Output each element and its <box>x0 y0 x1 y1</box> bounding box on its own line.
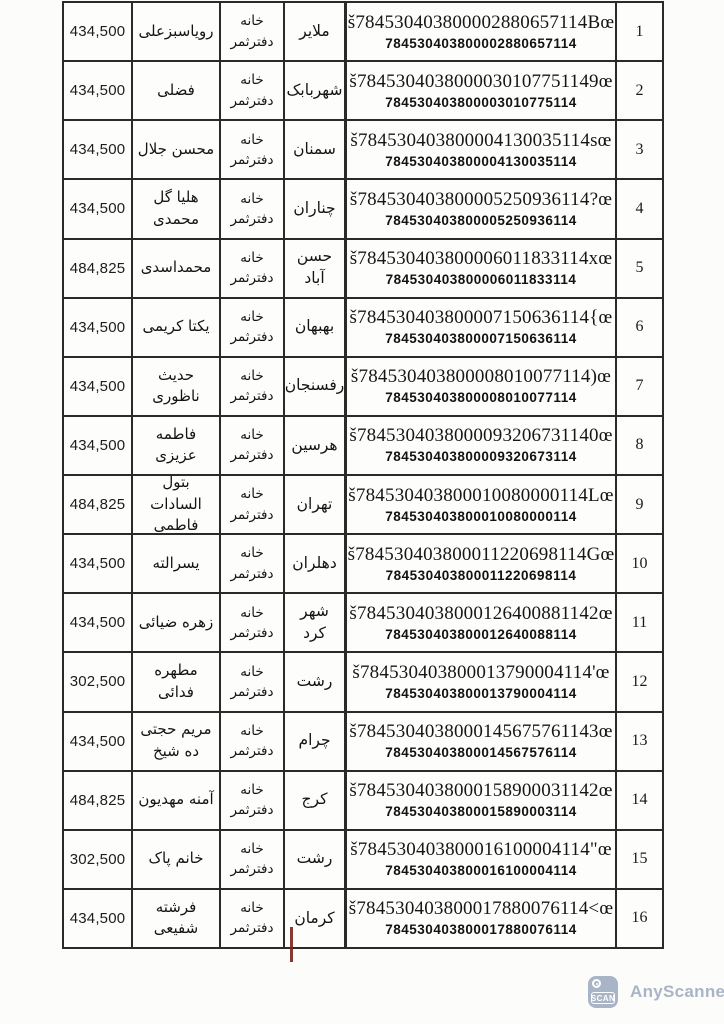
barcode-cell: š784530403800011220698114Gœ 784530403800… <box>347 535 617 592</box>
barcode-number: 784530403800015890003114 <box>385 804 576 819</box>
barcode-cell: š7845304038000126400881142œ 784530403800… <box>347 594 617 651</box>
row-number: 2 <box>636 82 644 100</box>
table-row: 434,500 هلیا گل محمدی خانه دفترثمر چنارا… <box>64 180 662 239</box>
name-cell: فضلی <box>133 62 221 119</box>
city-cell: سمنان <box>285 121 347 178</box>
barcode-cell: š784530403800002880657114Bœ 784530403800… <box>347 3 617 60</box>
person-name: یکتا کریمی <box>142 316 209 338</box>
amount-value: 484,825 <box>70 260 126 277</box>
name-cell: محمداسدی <box>133 240 221 297</box>
amount-value: 484,825 <box>70 792 126 809</box>
name-cell: مریم حجتی ده شیخ <box>133 713 221 770</box>
office-cell: خانه دفترثمر <box>221 476 285 533</box>
table-row: 434,500 مریم حجتی ده شیخ خانه دفترثمر چر… <box>64 713 662 772</box>
office-cell: خانه دفترثمر <box>221 535 285 592</box>
city-cell: دهلران <box>285 535 347 592</box>
barcode-number: 784530403800009320673114 <box>385 449 576 464</box>
office-name: خانه دفترثمر <box>224 248 280 289</box>
barcode-number: 784530403800003010775114 <box>385 95 576 110</box>
office-name: خانه دفترثمر <box>224 189 280 230</box>
row-number-cell: 10 <box>617 535 662 592</box>
barcode-cell: š784530403800004130035114sœ 784530403800… <box>347 121 617 178</box>
barcode-encoded-text: š784530403800011220698114Gœ <box>348 545 615 566</box>
office-cell: خانه دفترثمر <box>221 831 285 888</box>
barcode-encoded-text: š784530403800007150636114{œ <box>350 308 613 329</box>
city-name: کرمان <box>294 908 334 930</box>
person-name: زهره ضیائی <box>139 612 214 634</box>
barcode-encoded-text: š7845304038000145675761143œ <box>349 722 612 743</box>
city-name: دهلران <box>292 553 336 575</box>
barcode-cell: š784530403800010080000114Lœ 784530403800… <box>347 476 617 533</box>
person-name: یسرالته <box>152 553 199 575</box>
row-number-cell: 6 <box>617 299 662 356</box>
office-name: خانه دفترثمر <box>224 425 280 466</box>
barcode-number: 784530403800004130035114 <box>385 154 576 169</box>
row-number: 11 <box>632 614 647 632</box>
barcode-cell: š784530403800008010077114)œ 784530403800… <box>347 358 617 415</box>
name-cell: خانم پاک <box>133 831 221 888</box>
row-number: 14 <box>632 791 648 809</box>
row-number-cell: 5 <box>617 240 662 297</box>
row-number-cell: 16 <box>617 890 662 947</box>
person-name: فرشته شفیعی <box>136 897 216 941</box>
amount-cell: 302,500 <box>64 831 133 888</box>
amount-value: 434,500 <box>70 614 126 631</box>
row-number: 5 <box>636 259 644 277</box>
barcode-cell: š7845304038000030107751149œ 784530403800… <box>347 62 617 119</box>
amount-cell: 434,500 <box>64 299 133 356</box>
barcode-cell: š784530403800017880076114<œ 784530403800… <box>347 890 617 947</box>
name-cell: فرشته شفیعی <box>133 890 221 947</box>
amount-value: 434,500 <box>70 378 126 395</box>
red-pen-mark <box>290 927 293 962</box>
row-number-cell: 14 <box>617 772 662 829</box>
name-cell: هلیا گل محمدی <box>133 180 221 237</box>
barcode-encoded-text: š784530403800005250936114?œ <box>350 190 612 211</box>
amount-cell: 434,500 <box>64 890 133 947</box>
person-name: آمنه مهدیون <box>138 789 213 811</box>
office-name: خانه دفترثمر <box>224 307 280 348</box>
row-number: 12 <box>632 673 648 691</box>
office-cell: خانه دفترثمر <box>221 358 285 415</box>
table-row: 484,825 محمداسدی خانه دفترثمر حسن آباد š… <box>64 240 662 299</box>
table-row: 434,500 یسرالته خانه دفترثمر دهلران š784… <box>64 535 662 594</box>
person-name: مطهره فدائی <box>136 660 216 704</box>
barcode-encoded-text: š784530403800013790004114'œ <box>352 663 609 684</box>
barcode-cell: š7845304038000093206731140œ 784530403800… <box>347 417 617 474</box>
barcode-encoded-text: š784530403800016100004114"œ <box>350 840 612 861</box>
amount-cell: 434,500 <box>64 358 133 415</box>
office-name: خانه دفترثمر <box>224 839 280 880</box>
amount-cell: 434,500 <box>64 121 133 178</box>
office-name: خانه دفترثمر <box>224 898 280 939</box>
office-name: خانه دفترثمر <box>224 366 280 407</box>
amount-cell: 484,825 <box>64 240 133 297</box>
scan-badge-label: SCAN <box>591 992 615 1004</box>
anyscanner-app-name: AnyScanner <box>630 982 724 1002</box>
row-number: 4 <box>636 200 644 218</box>
table-row: 434,500 فرشته شفیعی خانه دفترثمر کرمان š… <box>64 890 662 947</box>
amount-cell: 434,500 <box>64 3 133 60</box>
city-cell: هرسین <box>285 417 347 474</box>
barcode-number: 784530403800014567576114 <box>385 745 576 760</box>
city-name: حسن آباد <box>288 246 341 289</box>
person-name: فاطمه عزیزی <box>136 424 216 468</box>
barcode-number: 784530403800002880657114 <box>385 36 576 51</box>
office-cell: خانه دفترثمر <box>221 180 285 237</box>
camera-lens-icon <box>592 979 601 988</box>
barcode-number: 784530403800012640088114 <box>385 627 576 642</box>
city-cell: رشت <box>285 653 347 710</box>
person-name: مریم حجتی ده شیخ <box>136 719 216 763</box>
person-name: حدیث ناظوری <box>136 365 216 409</box>
barcode-encoded-text: š784530403800010080000114Lœ <box>348 486 613 507</box>
city-cell: رفسنجان <box>285 358 347 415</box>
office-cell: خانه دفترثمر <box>221 240 285 297</box>
office-name: خانه دفترثمر <box>224 130 280 171</box>
barcode-encoded-text: š784530403800006011833114xœ <box>350 249 613 270</box>
amount-value: 434,500 <box>70 141 126 158</box>
anyscanner-logo-icon: SCAN <box>588 976 618 1008</box>
city-name: چرام <box>298 730 330 752</box>
row-number-cell: 9 <box>617 476 662 533</box>
barcode-cell: š7845304038000158900031142œ 784530403800… <box>347 772 617 829</box>
table-row: 434,500 حدیث ناظوری خانه دفترثمر رفسنجان… <box>64 358 662 417</box>
office-cell: خانه دفترثمر <box>221 417 285 474</box>
person-name: فضلی <box>157 80 195 102</box>
row-number-cell: 7 <box>617 358 662 415</box>
amount-cell: 484,825 <box>64 772 133 829</box>
table-row: 434,500 فاطمه عزیزی خانه دفترثمر هرسین š… <box>64 417 662 476</box>
person-name: محمداسدی <box>141 257 212 279</box>
office-cell: خانه دفترثمر <box>221 62 285 119</box>
amount-value: 434,500 <box>70 910 126 927</box>
table-row: 434,500 زهره ضیائی خانه دفترثمر شهر کرد … <box>64 594 662 653</box>
city-name: چناران <box>293 198 335 220</box>
office-name: خانه دفترثمر <box>224 70 280 111</box>
amount-value: 434,500 <box>70 82 126 99</box>
row-number: 3 <box>636 141 644 159</box>
city-name: سمنان <box>293 139 336 161</box>
city-cell: شهر کرد <box>285 594 347 651</box>
barcode-encoded-text: š7845304038000030107751149œ <box>349 72 612 93</box>
office-cell: خانه دفترثمر <box>221 299 285 356</box>
amount-cell: 434,500 <box>64 535 133 592</box>
row-number: 15 <box>632 850 648 868</box>
amount-value: 434,500 <box>70 437 126 454</box>
barcode-encoded-text: š7845304038000158900031142œ <box>349 781 612 802</box>
barcode-number: 784530403800008010077114 <box>385 390 576 405</box>
city-name: رشت <box>297 671 333 693</box>
barcode-number: 784530403800010080000114 <box>385 509 576 524</box>
barcode-encoded-text: š784530403800004130035114sœ <box>350 131 611 152</box>
city-name: شهربابک <box>287 80 343 102</box>
city-cell: چناران <box>285 180 347 237</box>
name-cell: محسن جلال <box>133 121 221 178</box>
barcode-cell: š7845304038000145675761143œ 784530403800… <box>347 713 617 770</box>
name-cell: زهره ضیائی <box>133 594 221 651</box>
city-cell: کرج <box>285 772 347 829</box>
barcode-encoded-text: š784530403800002880657114Bœ <box>348 13 614 34</box>
name-cell: رویاسبزعلی <box>133 3 221 60</box>
city-cell: ملایر <box>285 3 347 60</box>
barcode-number: 784530403800016100004114 <box>385 863 576 878</box>
row-number-cell: 13 <box>617 713 662 770</box>
city-cell: بهبهان <box>285 299 347 356</box>
row-number-cell: 12 <box>617 653 662 710</box>
office-name: خانه دفترثمر <box>224 543 280 584</box>
person-name: رویاسبزعلی <box>138 21 213 43</box>
city-name: ملایر <box>299 21 329 43</box>
city-cell: کرمان <box>285 890 347 947</box>
barcode-encoded-text: š7845304038000093206731140œ <box>349 426 612 447</box>
amount-value: 302,500 <box>70 673 126 690</box>
city-cell: تهران <box>285 476 347 533</box>
barcode-cell: š784530403800007150636114{œ 784530403800… <box>347 299 617 356</box>
row-number: 10 <box>632 555 648 573</box>
barcode-cell: š784530403800013790004114'œ 784530403800… <box>347 653 617 710</box>
city-cell: چرام <box>285 713 347 770</box>
office-cell: خانه دفترثمر <box>221 713 285 770</box>
table-row: 484,825 آمنه مهدیون خانه دفترثمر کرج š78… <box>64 772 662 831</box>
office-cell: خانه دفترثمر <box>221 653 285 710</box>
office-name: خانه دفترثمر <box>224 721 280 762</box>
barcode-number: 784530403800011220698114 <box>386 568 577 583</box>
office-cell: خانه دفترثمر <box>221 890 285 947</box>
office-cell: خانه دفترثمر <box>221 121 285 178</box>
row-number: 16 <box>632 909 648 927</box>
scanned-document-page: 434,500 رویاسبزعلی خانه دفترثمر ملایر š7… <box>0 0 724 1024</box>
person-name: خانم پاک <box>149 848 204 870</box>
row-number-cell: 2 <box>617 62 662 119</box>
amount-cell: 302,500 <box>64 653 133 710</box>
city-name: تهران <box>297 494 333 516</box>
name-cell: حدیث ناظوری <box>133 358 221 415</box>
name-cell: مطهره فدائی <box>133 653 221 710</box>
row-number-cell: 3 <box>617 121 662 178</box>
office-name: خانه دفترثمر <box>224 484 280 525</box>
table-row: 434,500 محسن جلال خانه دفترثمر سمنان š78… <box>64 121 662 180</box>
office-name: خانه دفترثمر <box>224 11 280 52</box>
anyscanner-watermark: SCAN AnyScanner <box>588 976 724 1008</box>
row-number-cell: 8 <box>617 417 662 474</box>
city-name: هرسین <box>291 435 337 457</box>
city-cell: رشت <box>285 831 347 888</box>
amount-cell: 434,500 <box>64 713 133 770</box>
barcode-number: 784530403800013790004114 <box>385 686 576 701</box>
city-name: شهر کرد <box>288 601 341 644</box>
person-name: محسن جلال <box>138 139 214 161</box>
row-number: 13 <box>632 732 648 750</box>
row-number: 7 <box>636 377 644 395</box>
barcode-number: 784530403800005250936114 <box>385 213 576 228</box>
name-cell: بتول السادات فاطمی <box>133 476 221 533</box>
row-number: 8 <box>636 436 644 454</box>
city-cell: شهربابک <box>285 62 347 119</box>
name-cell: فاطمه عزیزی <box>133 417 221 474</box>
table-row: 434,500 فضلی خانه دفترثمر شهربابک š78453… <box>64 62 662 121</box>
city-name: کرج <box>302 789 328 811</box>
barcode-cell: š784530403800006011833114xœ 784530403800… <box>347 240 617 297</box>
row-number-cell: 4 <box>617 180 662 237</box>
amount-value: 434,500 <box>70 555 126 572</box>
row-number-cell: 11 <box>617 594 662 651</box>
amount-cell: 434,500 <box>64 62 133 119</box>
table-row: 434,500 یکتا کریمی خانه دفترثمر بهبهان š… <box>64 299 662 358</box>
table-row: 302,500 خانم پاک خانه دفترثمر رشت š78453… <box>64 831 662 890</box>
amount-cell: 434,500 <box>64 180 133 237</box>
amount-value: 434,500 <box>70 23 126 40</box>
office-cell: خانه دفترثمر <box>221 772 285 829</box>
table-row: 434,500 رویاسبزعلی خانه دفترثمر ملایر š7… <box>64 3 662 62</box>
table-row: 302,500 مطهره فدائی خانه دفترثمر رشت š78… <box>64 653 662 712</box>
barcode-encoded-text: š784530403800017880076114<œ <box>349 899 614 920</box>
amount-value: 484,825 <box>70 496 126 513</box>
amount-value: 434,500 <box>70 200 126 217</box>
amount-value: 302,500 <box>70 851 126 868</box>
office-cell: خانه دفترثمر <box>221 3 285 60</box>
row-number: 6 <box>636 318 644 336</box>
person-name: بتول السادات فاطمی <box>136 476 216 533</box>
table-row: 484,825 بتول السادات فاطمی خانه دفترثمر … <box>64 476 662 535</box>
barcode-encoded-text: š784530403800008010077114)œ <box>351 367 611 388</box>
office-cell: خانه دفترثمر <box>221 594 285 651</box>
row-number-cell: 15 <box>617 831 662 888</box>
barcode-cell: š784530403800016100004114"œ 784530403800… <box>347 831 617 888</box>
name-cell: آمنه مهدیون <box>133 772 221 829</box>
barcode-cell: š784530403800005250936114?œ 784530403800… <box>347 180 617 237</box>
barcode-number: 784530403800006011833114 <box>386 272 577 287</box>
amount-cell: 434,500 <box>64 594 133 651</box>
office-name: خانه دفترثمر <box>224 780 280 821</box>
amount-cell: 484,825 <box>64 476 133 533</box>
amount-value: 434,500 <box>70 319 126 336</box>
row-number: 9 <box>636 496 644 514</box>
name-cell: یکتا کریمی <box>133 299 221 356</box>
person-name: هلیا گل محمدی <box>136 187 216 231</box>
city-name: رفسنجان <box>285 375 344 397</box>
amount-value: 434,500 <box>70 733 126 750</box>
office-name: خانه دفترثمر <box>224 603 280 644</box>
city-cell: حسن آباد <box>285 240 347 297</box>
payment-table: 434,500 رویاسبزعلی خانه دفترثمر ملایر š7… <box>62 1 664 949</box>
row-number: 1 <box>636 23 644 41</box>
amount-cell: 434,500 <box>64 417 133 474</box>
name-cell: یسرالته <box>133 535 221 592</box>
city-name: رشت <box>297 848 333 870</box>
barcode-encoded-text: š7845304038000126400881142œ <box>349 604 612 625</box>
barcode-number: 784530403800007150636114 <box>385 331 576 346</box>
city-name: بهبهان <box>295 316 334 338</box>
barcode-number: 784530403800017880076114 <box>385 922 576 937</box>
office-name: خانه دفترثمر <box>224 662 280 703</box>
row-number-cell: 1 <box>617 3 662 60</box>
